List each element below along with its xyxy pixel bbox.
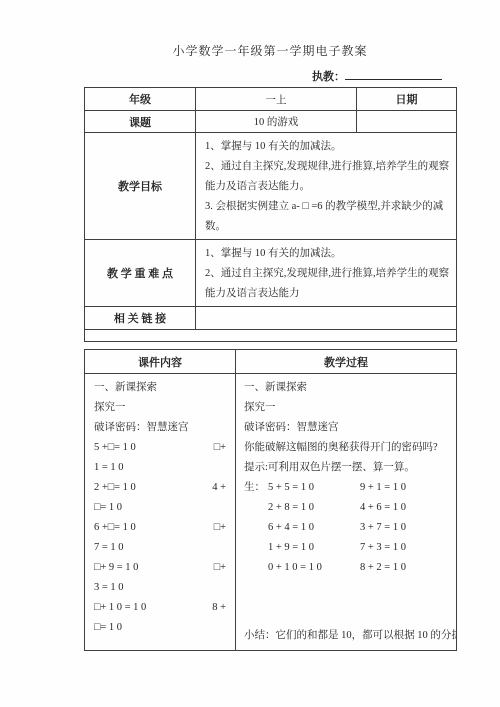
lesson-header-row: 课件内容 教学过程 — [85, 350, 457, 374]
equation-line: 6 +□= 1 0□+ — [85, 518, 235, 538]
links-row: 相 关 链 接 — [85, 307, 457, 330]
date-value-cell — [357, 111, 457, 133]
equation-left: 6 +□= 1 0 — [94, 518, 136, 538]
lesson-table: 课件内容 教学过程 一、新课探索 探究一 破译密码：智慧迷宫 5 +□= 1 0… — [84, 349, 457, 651]
equation-line: □= 1 0 — [85, 618, 235, 638]
spacer-row — [85, 330, 457, 342]
spacer-cell — [85, 330, 457, 342]
process-cell: 一、新课探索 探究一 破译密码：智慧迷宫 你能破解这幅图的奥秘获得开门的密码吗?… — [236, 374, 457, 651]
equation-b: 8 + 2 = 1 0 — [360, 558, 406, 578]
equation-right: □+ — [214, 438, 226, 458]
equation-line: 5 +□= 1 0□+ — [85, 438, 235, 458]
courseware-line: 破译密码：智慧迷宫 — [85, 418, 235, 438]
student-prefix: 生： — [244, 478, 268, 498]
key-points-row: 教 学 重 难 点 1、掌握与 10 有关的加减法。 2、通过自主探究,发现规律… — [85, 240, 457, 307]
objective-item: 1、掌握与 10 有关的加减法。 — [205, 137, 451, 157]
process-line: 破译密码：智慧迷宫 — [236, 418, 456, 438]
process-content: 一、新课探索 探究一 破译密码：智慧迷宫 你能破解这幅图的奥秘获得开门的密码吗?… — [236, 374, 456, 649]
equation-left: 7 = 1 0 — [94, 538, 124, 558]
equation-indent — [244, 518, 268, 538]
equation-left: 5 +□= 1 0 — [94, 438, 136, 458]
topic-row: 课题 10 的游戏 — [85, 111, 457, 133]
equation-a: 6 + 4 = 1 0 — [268, 518, 360, 538]
equation-right: 8 + — [212, 598, 226, 618]
student-equation-row: 0 + 1 0 = 1 0 8 + 2 = 1 0 — [236, 558, 456, 578]
equation-indent — [244, 498, 268, 518]
page-title: 小学数学一年级第一学期电子教案 — [84, 42, 456, 59]
equation-line: □+ 9 = 1 0□+ — [85, 558, 235, 578]
teacher-name-blank — [345, 68, 442, 80]
objectives-row: 教学目标 1、掌握与 10 有关的加减法。 2、通过自主探究,发现规律,进行推算… — [85, 133, 457, 240]
equation-line: □+ 1 0 = 1 08 + — [85, 598, 235, 618]
student-equation-row: 1 + 9 = 1 0 7 + 3 = 1 0 — [236, 538, 456, 558]
courseware-line: 探究一 — [85, 398, 235, 418]
equation-right: □+ — [214, 558, 226, 578]
student-equation-row: 生： 5 + 5 = 1 0 9 + 1 = 1 0 — [236, 478, 456, 498]
grade-label-cell: 年级 — [85, 88, 196, 111]
grade-row: 年级 一上 日期 — [85, 88, 457, 111]
equation-right: 4 + — [212, 478, 226, 498]
objectives-content-cell: 1、掌握与 10 有关的加减法。 2、通过自主探究,发现规律,进行推算,培养学生… — [196, 133, 457, 240]
key-point-item: 1、掌握与 10 有关的加减法。 — [205, 244, 451, 264]
teacher-line: 执教： — [84, 68, 456, 84]
equation-b: 9 + 1 = 1 0 — [360, 478, 406, 498]
key-points-content-cell: 1、掌握与 10 有关的加减法。 2、通过自主探究,发现规律,进行推算,培养学生… — [196, 240, 457, 307]
links-label-cell: 相 关 链 接 — [85, 307, 196, 330]
student-equation-row: 2 + 8 = 1 0 4 + 6 = 1 0 — [236, 498, 456, 518]
equation-a: 1 + 9 = 1 0 — [268, 538, 360, 558]
document-content: 小学数学一年级第一学期电子教案 执教： 年级 一上 日期 课题 10 的游戏 教… — [84, 0, 456, 651]
objective-item: 3. 会根据实例建立 a- □ =6 的教学模型,并求缺少的减数。 — [205, 197, 451, 237]
equation-a: 2 + 8 = 1 0 — [268, 498, 360, 518]
process-header-cell: 教学过程 — [236, 350, 457, 374]
courseware-header-cell: 课件内容 — [85, 350, 236, 374]
key-point-item: 2、通过自主探究,发现规律,进行推算,培养学生的观察能力及语言表达能力 — [205, 264, 451, 304]
equation-right: □+ — [214, 518, 226, 538]
equation-left: 3 = 1 0 — [94, 578, 124, 598]
courseware-line: 一、新课探索 — [85, 378, 235, 398]
equation-indent — [244, 538, 268, 558]
equation-line: 3 = 1 0 — [85, 578, 235, 598]
equation-line: 2 +□= 1 04 + — [85, 478, 235, 498]
lesson-content-row: 一、新课探索 探究一 破译密码：智慧迷宫 5 +□= 1 0□+ 1 = 1 0… — [85, 374, 457, 651]
equation-left: □= 1 0 — [94, 618, 122, 638]
process-question: 你能破解这幅图的奥秘获得开门的密码吗? — [236, 438, 456, 458]
process-line: 一、新课探索 — [236, 378, 456, 398]
equation-b: 7 + 3 = 1 0 — [360, 538, 406, 558]
equation-a: 5 + 5 = 1 0 — [268, 478, 360, 498]
process-hint: 提示:可利用双色片摆一摆、算一算。 — [236, 458, 456, 478]
equation-a: 0 + 1 0 = 1 0 — [268, 558, 360, 578]
equation-left: 1 = 1 0 — [94, 458, 124, 478]
date-label-cell: 日期 — [357, 88, 457, 111]
student-equation-row: 6 + 4 = 1 0 3 + 7 = 1 0 — [236, 518, 456, 538]
teacher-label: 执教： — [312, 71, 345, 83]
process-line: 探究一 — [236, 398, 456, 418]
summary-line: 小结：它们的和都是 10，都可以根据 10 的分拆 — [236, 626, 456, 646]
objective-item: 2、通过自主探究,发现规律,进行推算,培养学生的观察能力及语言表达能力。 — [205, 157, 451, 197]
equation-left: □= 1 0 — [94, 498, 122, 518]
topic-value-cell: 10 的游戏 — [196, 111, 357, 133]
info-table: 年级 一上 日期 课题 10 的游戏 教学目标 1、掌握与 10 有关的加减法。… — [84, 87, 457, 342]
equation-line: 1 = 1 0 — [85, 458, 235, 478]
document-page: 小学数学一年级第一学期电子教案 执教： 年级 一上 日期 课题 10 的游戏 教… — [0, 0, 500, 707]
key-points-label-cell: 教 学 重 难 点 — [85, 240, 196, 307]
links-value-cell — [196, 307, 457, 330]
equation-b: 4 + 6 = 1 0 — [360, 498, 406, 518]
equation-line: 7 = 1 0 — [85, 538, 235, 558]
equation-line: □= 1 0 — [85, 498, 235, 518]
objectives-label-cell: 教学目标 — [85, 133, 196, 240]
grade-value-cell: 一上 — [196, 88, 357, 111]
equation-left: □+ 1 0 = 1 0 — [94, 598, 146, 618]
equation-left: 2 +□= 1 0 — [94, 478, 136, 498]
topic-label-cell: 课题 — [85, 111, 196, 133]
equation-left: □+ 9 = 1 0 — [94, 558, 138, 578]
courseware-content: 一、新课探索 探究一 破译密码：智慧迷宫 5 +□= 1 0□+ 1 = 1 0… — [85, 374, 235, 638]
equation-b: 3 + 7 = 1 0 — [360, 518, 406, 538]
equation-indent — [244, 558, 268, 578]
courseware-cell: 一、新课探索 探究一 破译密码：智慧迷宫 5 +□= 1 0□+ 1 = 1 0… — [85, 374, 236, 651]
